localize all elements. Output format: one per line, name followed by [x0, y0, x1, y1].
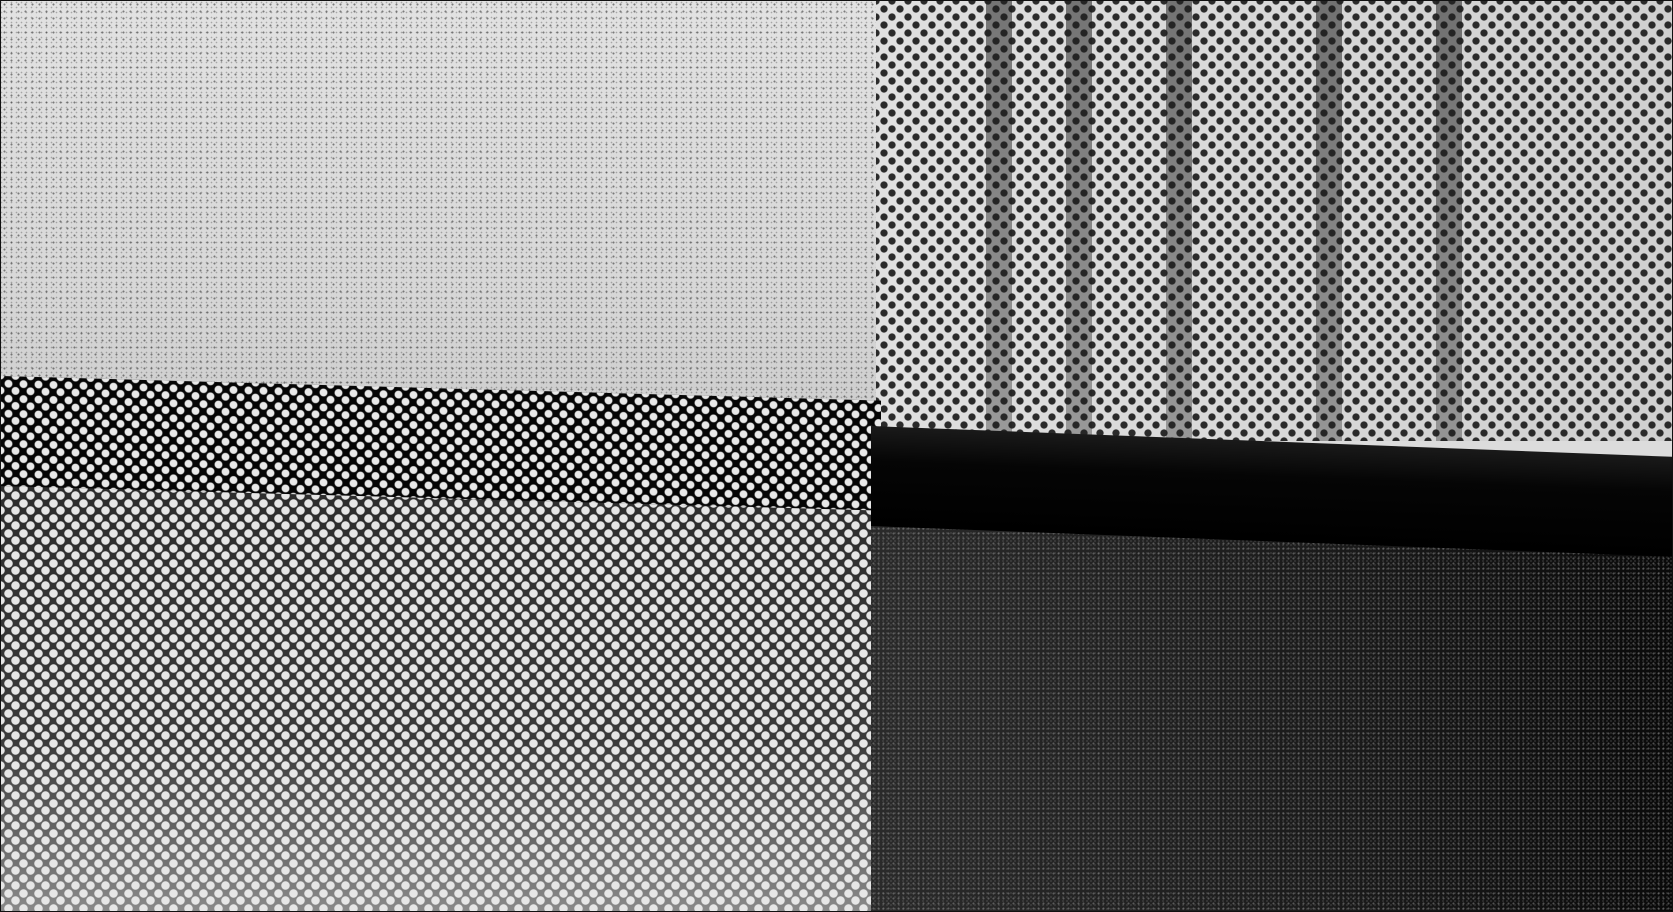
dark-noise-region — [871, 516, 1673, 912]
vertical-streak — [986, 1, 1012, 441]
light-grain-region — [1, 1, 881, 401]
halftone-dot-region — [876, 1, 1673, 441]
vertical-streak — [1316, 1, 1342, 441]
vertical-streak — [1436, 1, 1462, 441]
vertical-streak — [1166, 1, 1192, 441]
inverse-halftone-region — [1, 481, 876, 912]
vertical-streak — [1066, 1, 1092, 441]
halftone-texture-image — [0, 0, 1673, 912]
